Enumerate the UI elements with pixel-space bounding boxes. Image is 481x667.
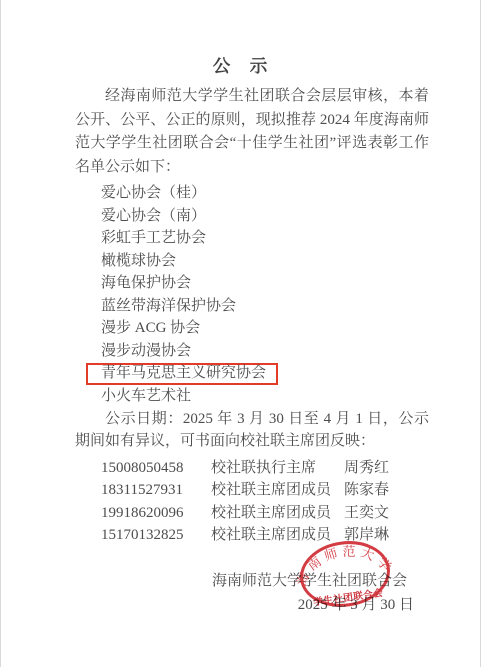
contact-row: 19918620096校社联主席团成员王奕文 xyxy=(101,502,480,525)
contact-phone: 15170132825 xyxy=(101,524,211,547)
contact-row: 15170132825校社联主席团成员郭岸琳 xyxy=(101,524,480,547)
notice-period-paragraph: 公示日期：2025 年 3 月 30 日至 4 月 1 日，公示期间如有异议，可… xyxy=(75,408,429,453)
club-list-item: 蓝丝带海洋保护协会 xyxy=(101,295,480,318)
contact-list: 15008050458校社联执行主席周秀红18311527931校社联主席团成员… xyxy=(101,457,480,547)
contact-phone: 19918620096 xyxy=(101,502,211,525)
contact-role: 校社联执行主席 xyxy=(211,457,344,480)
intro-paragraph: 经海南师范大学学生社团联合会层层审核，本着公开、公平、公正的原则，现拟推荐 20… xyxy=(75,85,429,179)
club-list-item: 彩虹手工艺协会 xyxy=(101,227,480,250)
contact-phone: 15008050458 xyxy=(101,457,211,480)
club-list-item: 青年马克思主义研究协会 xyxy=(101,362,480,385)
club-list: 爱心协会（桂）爱心协会（南）彩虹手工艺协会橄榄球协会海龟保护协会蓝丝带海洋保护协… xyxy=(101,182,480,408)
club-list-item: 爱心协会（桂） xyxy=(101,182,480,205)
contact-row: 15008050458校社联执行主席周秀红 xyxy=(101,457,480,480)
contact-name: 周秀红 xyxy=(344,457,389,480)
page-title: 公 示 xyxy=(1,0,480,76)
club-list-item: 漫步 ACG 协会 xyxy=(101,317,480,340)
signature-date: 2025 年 3 月 30 日 xyxy=(1,595,414,616)
club-list-item: 漫步动漫协会 xyxy=(101,340,480,363)
contact-role: 校社联主席团成员 xyxy=(211,479,344,502)
contact-name: 陈家春 xyxy=(344,479,389,502)
club-list-item: 橄榄球协会 xyxy=(101,250,480,273)
announcement-document: 公 示 经海南师范大学学生社团联合会层层审核，本着公开、公平、公正的原则，现拟推… xyxy=(0,0,481,667)
contact-phone: 18311527931 xyxy=(101,479,211,502)
contact-role: 校社联主席团成员 xyxy=(211,502,344,525)
contact-name: 王奕文 xyxy=(344,502,389,525)
contact-name: 郭岸琳 xyxy=(344,524,389,547)
signature-org: 海南师范大学学生社团联合会 xyxy=(1,571,407,592)
contact-role: 校社联主席团成员 xyxy=(211,524,344,547)
highlight-box: 青年马克思主义研究协会 xyxy=(86,363,278,385)
contact-row: 18311527931校社联主席团成员陈家春 xyxy=(101,479,480,502)
club-list-item: 海龟保护协会 xyxy=(101,272,480,295)
club-list-item: 小火车艺术社 xyxy=(101,385,480,408)
club-list-item: 爱心协会（南） xyxy=(101,205,480,228)
